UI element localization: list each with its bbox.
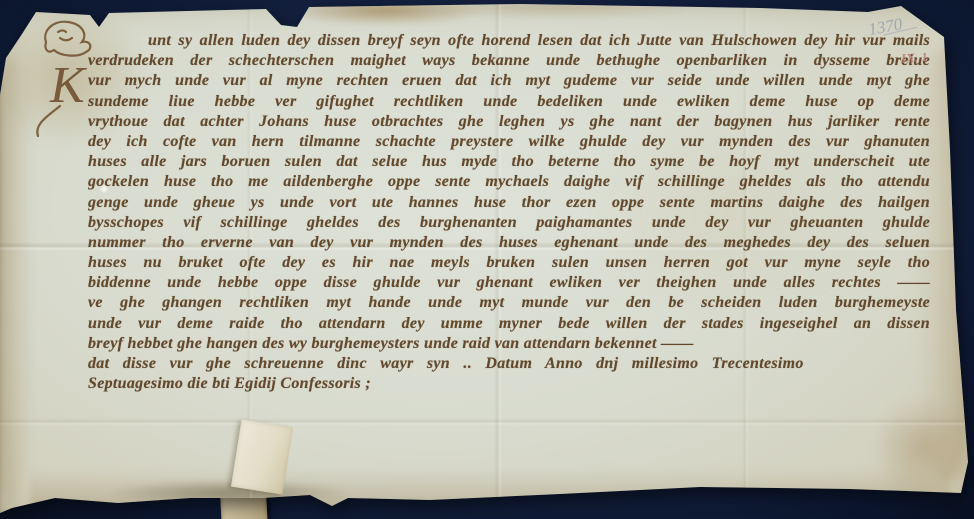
manuscript-line: breyf hebbet ghe hangen des wy burghemey… [88, 334, 804, 354]
parchment-charter: K unt sy allen luden dey dissen breyf se… [0, 0, 974, 519]
manuscript-line: unt sy allen luden dey dissen breyf seyn… [88, 31, 930, 51]
manuscript-line: dey ich cofte van hern tilmanne schachte… [88, 132, 930, 152]
manuscript-line: unde vur deme raide tho attendarn dey um… [88, 314, 930, 334]
seal-tag-tab [231, 419, 293, 494]
charter-photograph: K unt sy allen luden dey dissen breyf se… [0, 0, 974, 519]
initial-letter: K [49, 57, 87, 114]
manuscript-line: biddenne unde hebbe oppe disse ghulde vu… [88, 273, 930, 293]
manuscript-line: bysschopes vif schillinge gheldes des bu… [88, 213, 930, 233]
manuscript-line: vur mych unde vur al myne rechten eruen … [88, 71, 930, 91]
stain-bottom-smudge [112, 480, 347, 506]
manuscript-line: vrythoue dat achter Johans huse otbracht… [88, 112, 930, 132]
stain-bottom-right-corner [874, 396, 969, 501]
manuscript-line: nummer tho erverne van dey vur mynden de… [88, 233, 930, 253]
fold-crease-horizontal-2 [0, 418, 974, 426]
manuscript-line: ve ghe ghangen rechtliken myt hande unde… [88, 293, 930, 313]
parchment-shadow-wrap: K unt sy allen luden dey dissen breyf se… [0, 0, 974, 519]
manuscript-line: huses nu bruket ofte dey es hir nae meyl… [88, 253, 930, 273]
manuscript-line: huses alle jars boruen sulen dat selue h… [88, 152, 930, 172]
stain-top-mid [430, 0, 690, 18]
manuscript-line: sundeme liue hebbe ver gifughet rechtlik… [88, 92, 930, 112]
manuscript-text-block: unt sy allen luden dey dissen breyf seyn… [88, 31, 930, 394]
manuscript-line: Septuagesimo die bti Egidij Confessoris … [88, 374, 930, 394]
manuscript-line: gockelen huse tho me aildenberghe oppe s… [88, 172, 930, 192]
stain-top-edge [288, 0, 483, 26]
manuscript-line: dat disse vur ghe schreuenne dinc wayr s… [88, 354, 804, 374]
manuscript-line: verdrudeken der schechterschen maighet w… [88, 51, 930, 71]
manuscript-line: genge unde gheue ys unde vort ute hannes… [88, 193, 930, 213]
stain-bottom-edge [30, 468, 950, 516]
shelf-mark-pencil: IX. 1 [900, 49, 928, 67]
